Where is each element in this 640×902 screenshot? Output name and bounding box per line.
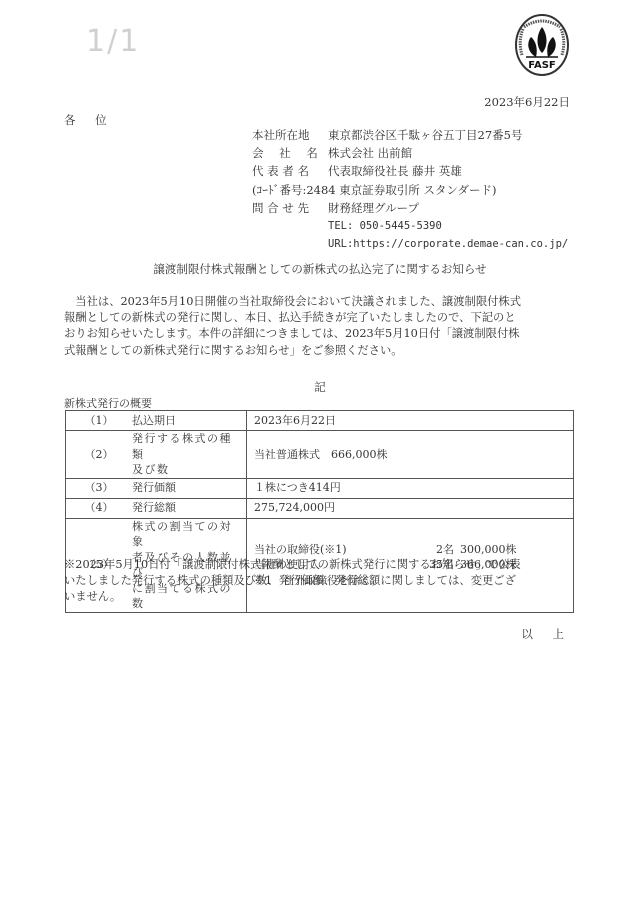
row-value: 275,724,000円 xyxy=(247,498,574,518)
phone-number: TEL: 050-5445-5390 xyxy=(252,217,442,235)
body-paragraph: 当社は、2023年5月10日開催の当社取締役会において決議されました、譲渡制限付… xyxy=(64,294,584,359)
closing-mark: 以 上 xyxy=(521,626,572,642)
website-link[interactable]: URL:https://corporate.demae-can.co.jp/ xyxy=(252,235,568,253)
info-label: 会 社 名 xyxy=(252,144,328,162)
fasf-logo: FASF xyxy=(514,13,570,77)
section-title: 新株式発行の概要 xyxy=(64,395,152,411)
info-label: 本社所在地 xyxy=(252,126,328,144)
row-value: １株につき414円 xyxy=(247,478,574,498)
row-number: （3） xyxy=(66,478,133,498)
page-indicator: 1/1 xyxy=(86,24,140,59)
note-line: いません。 xyxy=(64,589,521,605)
row-value: 当社普通株式 666,000株 xyxy=(247,431,574,479)
table-row: （4） 発行総額 275,724,000円 xyxy=(66,498,574,518)
info-row-tel: TEL: 050-5445-5390 xyxy=(252,217,568,235)
info-row-representative: 代 表 者 名 代表取締役社長 藤井 英雄 xyxy=(252,162,568,180)
info-value: 東京都渋谷区千駄ヶ谷五丁目27番5号 xyxy=(328,126,522,144)
note-line: いたしました発行する株式の種類及び数、発行価額、発行総額に関しましては、変更ござ xyxy=(64,573,521,589)
body-line: 式報酬としての新株式発行に関するお知らせ」をご参照ください。 xyxy=(64,343,584,359)
info-label: 代 表 者 名 xyxy=(252,162,328,180)
info-row-contact: 問 合 せ 先 財務経理グループ xyxy=(252,199,568,217)
info-row-company-name: 会 社 名 株式会社 出前館 xyxy=(252,144,568,162)
info-value: 代表取締役社長 藤井 英雄 xyxy=(328,162,462,180)
table-row: （2） 発行する株式の種類 及び数 当社普通株式 666,000株 xyxy=(66,431,574,479)
row-label: 発行価額 xyxy=(132,478,247,498)
row-number: （4） xyxy=(66,498,133,518)
row-label: 発行総額 xyxy=(132,498,247,518)
row-value: 2023年6月22日 xyxy=(247,411,574,431)
body-line: 当社は、2023年5月10日開催の当社取締役会において決議されました、譲渡制限付… xyxy=(64,294,584,310)
body-line: 報酬としての新株式の発行に関し、本日、払込手続きが完了いたしましたので、下記のと xyxy=(64,310,584,326)
row-number: （2） xyxy=(66,431,133,479)
info-row-address: 本社所在地 東京都渋谷区千駄ヶ谷五丁目27番5号 xyxy=(252,126,568,144)
document-date: 2023年6月22日 xyxy=(484,94,570,110)
row-label: 発行する株式の種類 及び数 xyxy=(132,431,247,479)
info-row-code: (ｺｰﾄﾞ番号:2484 東京証券取引所 スタンダード) xyxy=(252,181,568,199)
table-row: （3） 発行価額 １株につき414円 xyxy=(66,478,574,498)
allocation-directors: 当社の取締役(※1) 2名 300,000株 xyxy=(254,542,569,558)
info-row-url: URL:https://corporate.demae-can.co.jp/ xyxy=(252,235,568,253)
document-title: 譲渡制限付株式報酬としての新株式の払込完了に関するお知らせ xyxy=(0,261,640,277)
row-number: （1） xyxy=(66,411,133,431)
body-line: おりお知らせいたします。本件の詳細につきましては、2023年5月10日付「譲渡制… xyxy=(64,326,584,342)
info-value: 株式会社 出前館 xyxy=(328,144,412,162)
addressee: 各 位 xyxy=(64,112,115,128)
note-line: ※2023年5月10日付「譲渡制限付株式報酬としての新株式発行に関するお知らせ」… xyxy=(64,557,521,573)
info-value: (ｺｰﾄﾞ番号:2484 東京証券取引所 スタンダード) xyxy=(252,181,496,199)
info-label: 問 合 せ 先 xyxy=(252,199,328,217)
ki-heading: 記 xyxy=(0,379,640,395)
row-label: 払込期日 xyxy=(132,411,247,431)
table-row: （1） 払込期日 2023年6月22日 xyxy=(66,411,574,431)
note-paragraph: ※2023年5月10日付「譲渡制限付株式報酬としての新株式発行に関するお知らせ」… xyxy=(64,557,521,606)
info-value: 財務経理グループ xyxy=(328,199,419,217)
fasf-emblem-icon: FASF xyxy=(514,13,570,77)
company-info: 本社所在地 東京都渋谷区千駄ヶ谷五丁目27番5号 会 社 名 株式会社 出前館 … xyxy=(252,126,568,253)
svg-text:FASF: FASF xyxy=(528,60,555,71)
